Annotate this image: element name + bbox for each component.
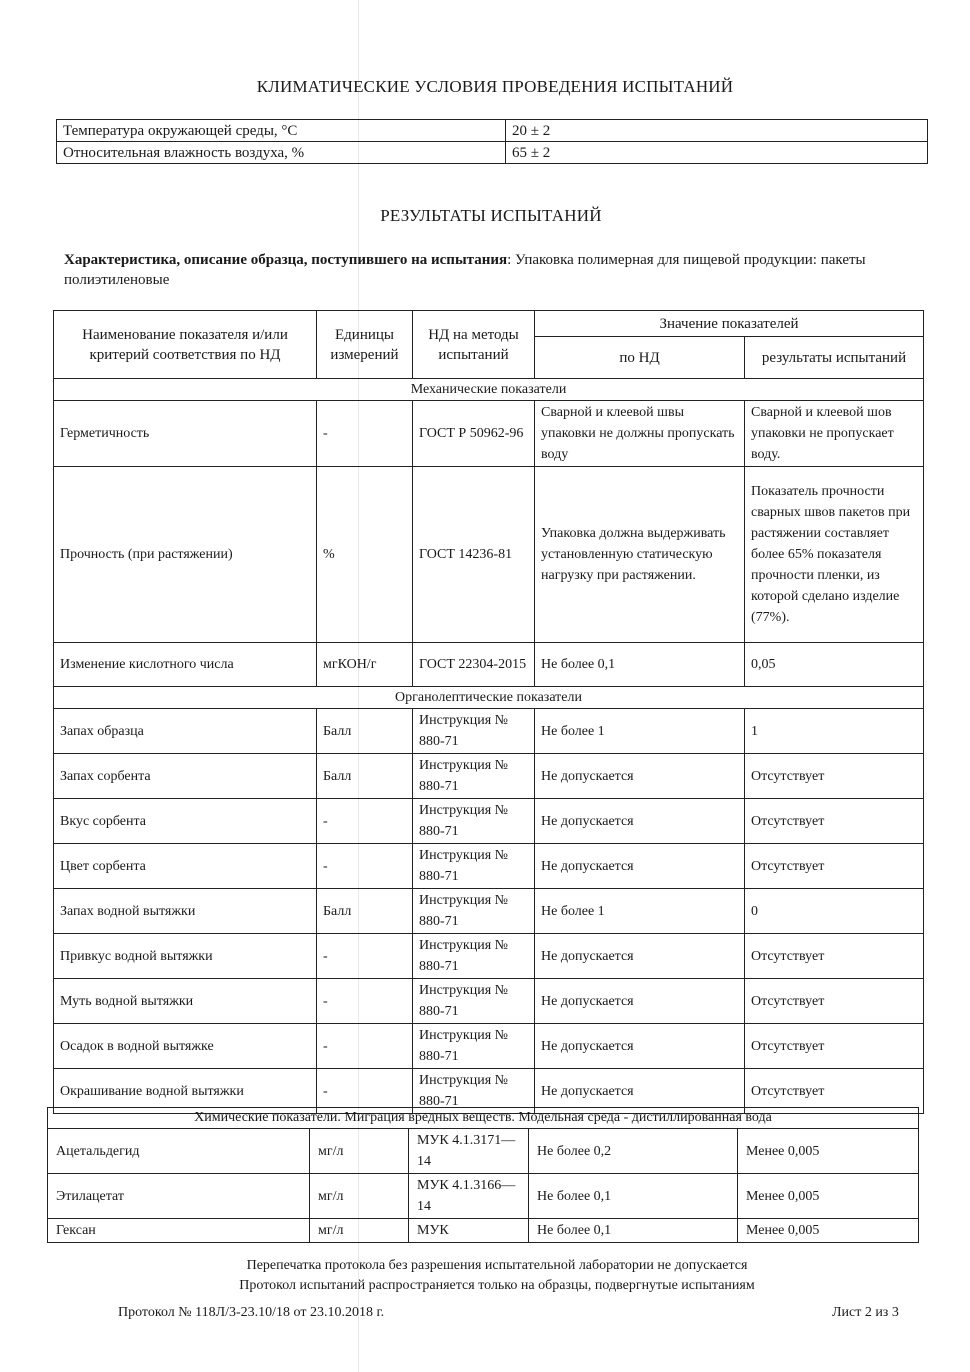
cell-units: - (317, 934, 413, 979)
cell-name: Осадок в водной вытяжке (54, 1024, 317, 1069)
cell-method: ГОСТ 22304-2015 (413, 643, 535, 687)
cell-by-nd: Не допускается (535, 1024, 745, 1069)
cell-method: Инструкция № 880-71 (413, 754, 535, 799)
table-row: Гексан мг/л МУК Не более 0,1 Менее 0,005 (48, 1219, 919, 1243)
section-title: Химические показатели. Миграция вредных … (48, 1108, 919, 1129)
cell-name: Запах образца (54, 709, 317, 754)
header-by-nd: по НД (535, 337, 745, 379)
cell-units: Балл (317, 754, 413, 799)
footer-reprint-notice: Перепечатка протокола без разрешения исп… (12, 1258, 970, 1274)
climate-title: КЛИМАТИЧЕСКИЕ УСЛОВИЯ ПРОВЕДЕНИЯ ИСПЫТАН… (10, 77, 970, 97)
cell-result: Отсутствует (745, 754, 924, 799)
table-row: Ацетальдегид мг/л МУК 4.1.3171—14 Не бол… (48, 1129, 919, 1174)
cell-name: Гексан (48, 1219, 310, 1243)
cell-by-nd: Не допускается (535, 799, 745, 844)
sample-description-label: Характеристика, описание образца, поступ… (64, 252, 507, 268)
cell-by-nd: Не более 1 (535, 889, 745, 934)
cell-name: Изменение кислотного числа (54, 643, 317, 687)
cell-name: Прочность (при растяжении) (54, 467, 317, 643)
cell-result: 1 (745, 709, 924, 754)
cell-result: Менее 0,005 (738, 1174, 919, 1219)
cell-method: Инструкция № 880-71 (413, 1024, 535, 1069)
cell-result: Отсутствует (745, 799, 924, 844)
cell-by-nd: Сварной и клеевой швы упаковки не должны… (535, 401, 745, 467)
section-title: Органолептические показатели (54, 687, 924, 709)
cell-method: Инструкция № 880-71 (413, 799, 535, 844)
climate-label: Относительная влажность воздуха, % (57, 142, 506, 164)
protocol-number: Протокол № 118Л/3-23.10/18 от 23.10.2018… (118, 1305, 384, 1321)
cell-units: мг/л (310, 1219, 409, 1243)
cell-result: Показатель прочности сварных швов пакето… (745, 467, 924, 643)
cell-by-nd: Не более 0,2 (529, 1129, 738, 1174)
cell-units: - (317, 979, 413, 1024)
results-table: Наименование показателя и/или критерий с… (53, 310, 924, 1114)
cell-name: Привкус водной вытяжки (54, 934, 317, 979)
cell-method: ГОСТ Р 50962-96 (413, 401, 535, 467)
cell-result: Отсутствует (745, 844, 924, 889)
cell-by-nd: Не более 0,1 (529, 1174, 738, 1219)
sample-description: Характеристика, описание образца, поступ… (64, 250, 894, 290)
climate-value: 20 ± 2 (506, 120, 928, 142)
cell-units: мгКОН/г (317, 643, 413, 687)
cell-by-nd: Не допускается (535, 844, 745, 889)
table-row: Герметичность - ГОСТ Р 50962-96 Сварной … (54, 401, 924, 467)
cell-units: Балл (317, 889, 413, 934)
table-row: Этилацетат мг/л МУК 4.1.3166—14 Не более… (48, 1174, 919, 1219)
cell-units: - (317, 844, 413, 889)
cell-by-nd: Не допускается (535, 934, 745, 979)
table-row: Изменение кислотного числа мгКОН/г ГОСТ … (54, 643, 924, 687)
table-row: Муть водной вытяжки - Инструкция № 880-7… (54, 979, 924, 1024)
cell-name: Запах сорбента (54, 754, 317, 799)
page-number: Лист 2 из 3 (832, 1305, 899, 1321)
header-name: Наименование показателя и/или критерий с… (54, 311, 317, 379)
cell-name: Цвет сорбента (54, 844, 317, 889)
header-units: Единицы измерений (317, 311, 413, 379)
header-method: НД на методы испытаний (413, 311, 535, 379)
climate-value: 65 ± 2 (506, 142, 928, 164)
table-row: Запах сорбента Балл Инструкция № 880-71 … (54, 754, 924, 799)
cell-result: Менее 0,005 (738, 1129, 919, 1174)
cell-units: мг/л (310, 1174, 409, 1219)
section-title: Механические показатели (54, 379, 924, 401)
cell-by-nd: Не более 1 (535, 709, 745, 754)
table-row: Осадок в водной вытяжке - Инструкция № 8… (54, 1024, 924, 1069)
cell-by-nd: Не более 0,1 (529, 1219, 738, 1243)
cell-units: мг/л (310, 1129, 409, 1174)
cell-result: Менее 0,005 (738, 1219, 919, 1243)
cell-result: Отсутствует (745, 1024, 924, 1069)
results-title: РЕЗУЛЬТАТЫ ИСПЫТАНИЙ (6, 206, 970, 226)
table-row: Цвет сорбента - Инструкция № 880-71 Не д… (54, 844, 924, 889)
climate-label: Температура окружающей среды, °С (57, 120, 506, 142)
table-header-row: Наименование показателя и/или критерий с… (54, 311, 924, 337)
table-row: Привкус водной вытяжки - Инструкция № 88… (54, 934, 924, 979)
cell-units: - (317, 1024, 413, 1069)
header-results: результаты испытаний (745, 337, 924, 379)
cell-units: % (317, 467, 413, 643)
cell-method: Инструкция № 880-71 (413, 934, 535, 979)
cell-method: МУК 4.1.3166—14 (409, 1174, 529, 1219)
cell-units: - (317, 401, 413, 467)
table-row: Запах образца Балл Инструкция № 880-71 Н… (54, 709, 924, 754)
table-row: Запах водной вытяжки Балл Инструкция № 8… (54, 889, 924, 934)
cell-method: Инструкция № 880-71 (413, 979, 535, 1024)
cell-method: МУК 4.1.3171—14 (409, 1129, 529, 1174)
section-row: Химические показатели. Миграция вредных … (48, 1108, 919, 1129)
cell-name: Ацетальдегид (48, 1129, 310, 1174)
cell-name: Запах водной вытяжки (54, 889, 317, 934)
cell-method: МУК (409, 1219, 529, 1243)
cell-method: Инструкция № 880-71 (413, 709, 535, 754)
table-row: Вкус сорбента - Инструкция № 880-71 Не д… (54, 799, 924, 844)
cell-result: Отсутствует (745, 979, 924, 1024)
header-values-group: Значение показателей (535, 311, 924, 337)
cell-method: Инструкция № 880-71 (413, 889, 535, 934)
chemical-table: Химические показатели. Миграция вредных … (47, 1107, 919, 1243)
cell-units: - (317, 799, 413, 844)
cell-units: Балл (317, 709, 413, 754)
table-row: Температура окружающей среды, °С 20 ± 2 (57, 120, 928, 142)
cell-name: Вкус сорбента (54, 799, 317, 844)
climate-table: Температура окружающей среды, °С 20 ± 2 … (56, 119, 928, 164)
cell-result: Сварной и клеевой шов упаковки не пропус… (745, 401, 924, 467)
table-row: Относительная влажность воздуха, % 65 ± … (57, 142, 928, 164)
cell-result: Отсутствует (745, 934, 924, 979)
cell-by-nd: Не допускается (535, 754, 745, 799)
cell-by-nd: Не допускается (535, 979, 745, 1024)
table-row: Прочность (при растяжении) % ГОСТ 14236-… (54, 467, 924, 643)
cell-by-nd: Упаковка должна выдерживать установленну… (535, 467, 745, 643)
cell-name: Муть водной вытяжки (54, 979, 317, 1024)
section-row: Органолептические показатели (54, 687, 924, 709)
cell-name: Герметичность (54, 401, 317, 467)
cell-method: Инструкция № 880-71 (413, 844, 535, 889)
cell-result: 0 (745, 889, 924, 934)
cell-name: Этилацетат (48, 1174, 310, 1219)
cell-method: ГОСТ 14236-81 (413, 467, 535, 643)
footer-scope-notice: Протокол испытаний распространяется толь… (12, 1278, 970, 1294)
cell-result: 0,05 (745, 643, 924, 687)
section-row: Механические показатели (54, 379, 924, 401)
cell-by-nd: Не более 0,1 (535, 643, 745, 687)
